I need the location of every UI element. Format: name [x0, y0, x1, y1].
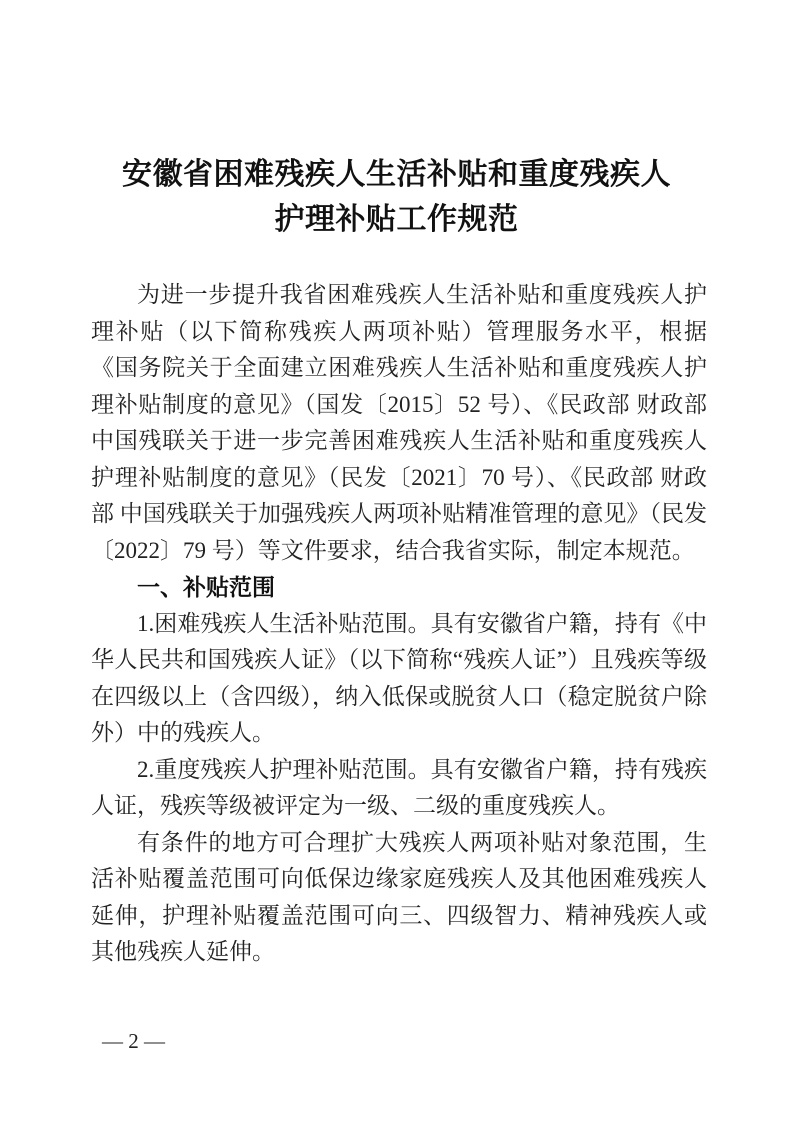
- document-title: 安徽省困难残疾人生活补贴和重度残疾人 护理补贴工作规范: [0, 152, 793, 242]
- section-1-heading: 一、补贴范围: [91, 569, 707, 606]
- section-1-paragraph-2: 2.重度残疾人护理补贴范围。具有安徽省户籍，持有残疾人证，残疾等级被评定为一级、…: [91, 752, 707, 825]
- section-1-paragraph-3: 有条件的地方可合理扩大残疾人两项补贴对象范围，生活补贴覆盖范围可向低保边缘家庭残…: [91, 825, 707, 971]
- page-number: — 2 —: [102, 1029, 165, 1053]
- title-line-1: 安徽省困难残疾人生活补贴和重度残疾人: [0, 152, 793, 197]
- document-page: 安徽省困难残疾人生活补贴和重度残疾人 护理补贴工作规范 为进一步提升我省困难残疾…: [0, 0, 793, 1122]
- page-footer: — 2 —: [102, 1029, 165, 1054]
- document-body: 为进一步提升我省困难残疾人生活补贴和重度残疾人护理补贴（以下简称残疾人两项补贴）…: [91, 277, 707, 971]
- intro-paragraph: 为进一步提升我省困难残疾人生活补贴和重度残疾人护理补贴（以下简称残疾人两项补贴）…: [91, 277, 707, 569]
- section-1-paragraph-1: 1.困难残疾人生活补贴范围。具有安徽省户籍，持有《中华人民共和国残疾人证》（以下…: [91, 606, 707, 752]
- title-line-2: 护理补贴工作规范: [0, 197, 793, 242]
